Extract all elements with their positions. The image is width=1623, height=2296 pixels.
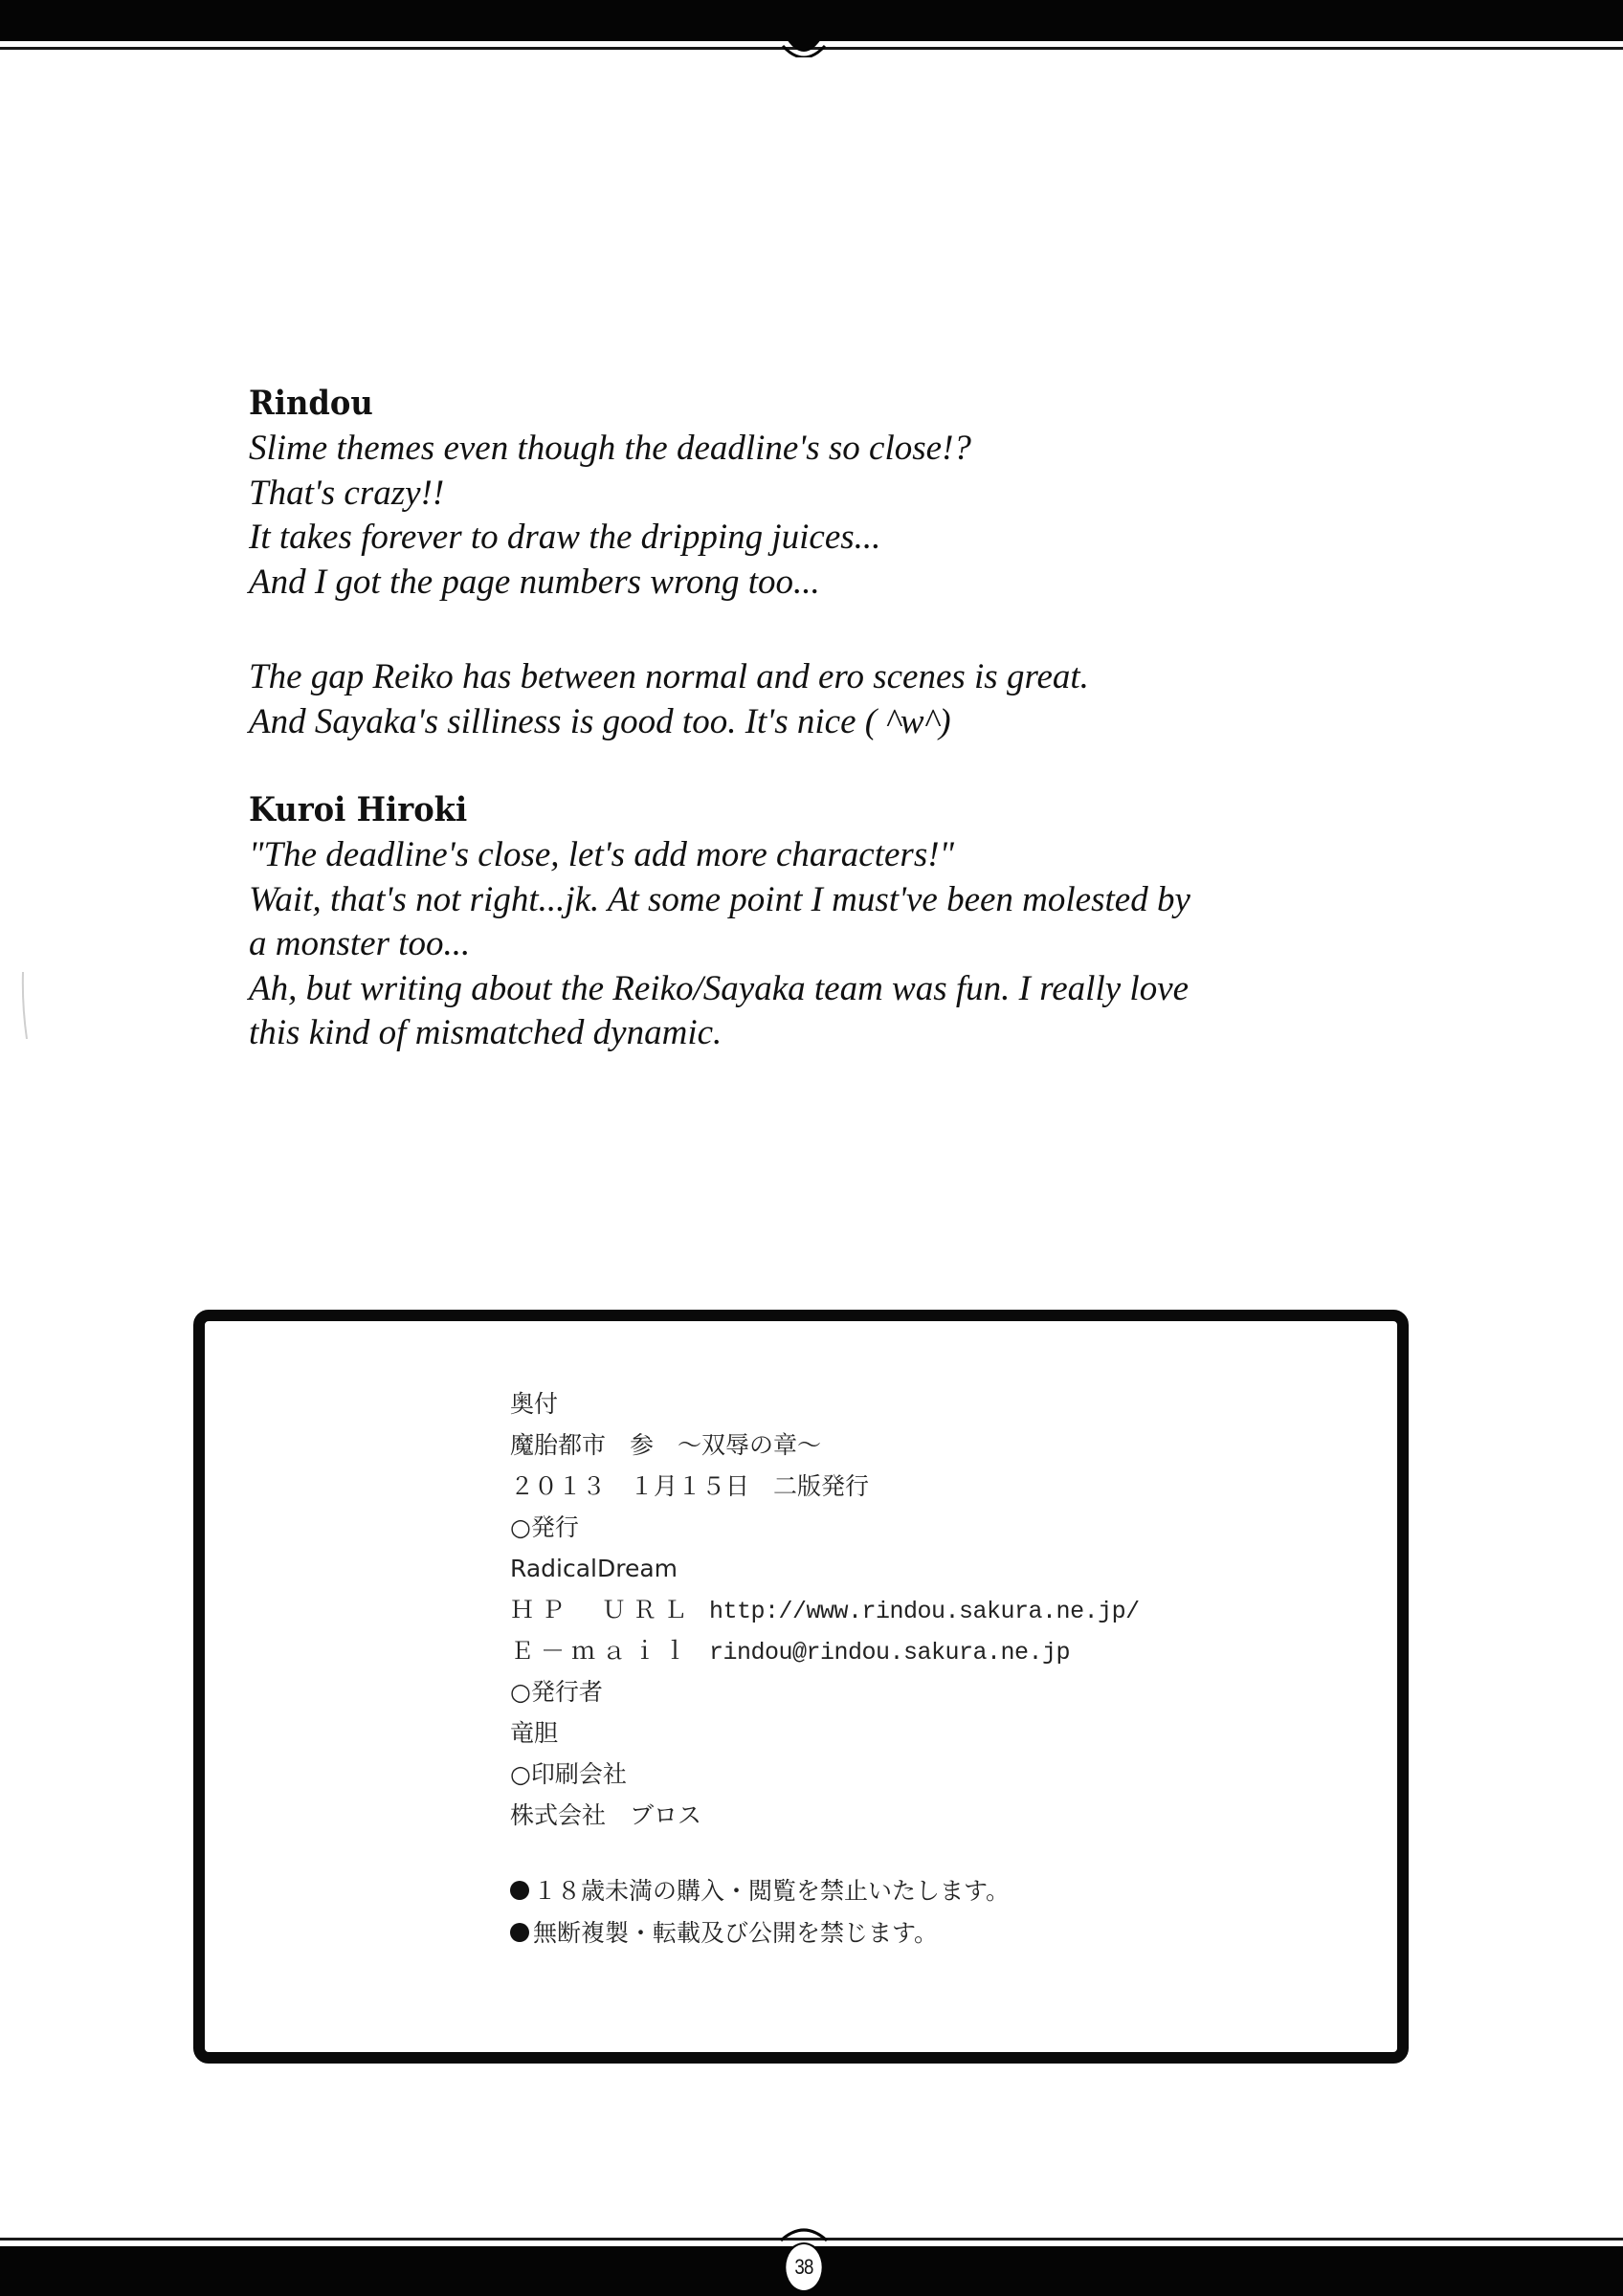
comment-line: Slime themes even though the deadline's … [249,427,1445,472]
printer-name: 株式会社 ブロス [510,1795,1180,1836]
comment-line: It takes forever to draw the dripping ju… [249,516,1445,561]
homepage-row: ＨＰ ＵＲＬhttp://www.rindou.sakura.ne.jp/ [510,1589,1180,1630]
email-row: Ｅ－ｍａｉｌrindou@rindou.sakura.ne.jp [510,1630,1180,1671]
scan-artifact-mark [21,972,29,1039]
age-restriction-notice: １８歳未満の購入・閲覧を禁止いたします。 [510,1870,1180,1912]
afterword-section-rindou: Rindou Slime themes even though the dead… [249,381,1445,744]
colophon-gap [510,1836,1180,1870]
afterword-section-kuroi-hiroki: Kuroi Hiroki "The deadline's close, let'… [249,787,1445,1056]
issuer-label: ○発行者 [510,1671,1180,1712]
book-title: 魔胎都市 参 ～双辱の章～ [510,1424,1180,1466]
paragraph-gap [249,605,1445,655]
notice-text: 無断複製・転載及び公開を禁じます。 [533,1919,938,1947]
colophon: 奥付 魔胎都市 参 ～双辱の章～ ２０１３ １月１５日 二版発行 ○発行 Rad… [510,1383,1180,1954]
afterword: Rindou Slime themes even though the dead… [249,381,1445,1056]
comment-line: this kind of mismatched dynamic. [249,1011,1445,1056]
author-name: Rindou [249,381,1349,427]
publisher-name: RadicalDream [510,1548,1180,1589]
homepage-url: http://www.rindou.sakura.ne.jp/ [709,1598,1140,1625]
email-label: Ｅ－ｍａｉｌ [510,1630,709,1671]
comment-line: Ah, but writing about the Reiko/Sayaka t… [249,967,1445,1012]
comment-line: The gap Reiko has between normal and ero… [249,655,1445,700]
comment-line: And I got the page numbers wrong too... [249,561,1445,606]
comment-line: a monster too... [249,922,1445,967]
page-number: 38 [786,2244,821,2290]
author-name: Kuroi Hiroki [249,787,1349,833]
bullet-icon [510,1923,529,1942]
colophon-heading: 奥付 [510,1383,1180,1424]
homepage-label: ＨＰ ＵＲＬ [510,1589,709,1630]
top-frame-notch-ornament [781,29,827,57]
comment-line: That's crazy!! [249,472,1445,517]
publisher-label: ○発行 [510,1507,1180,1548]
copyright-notice: 無断複製・転載及び公開を禁じます。 [510,1912,1180,1954]
notice-text: １８歳未満の購入・閲覧を禁止いたします。 [533,1877,1010,1905]
publication-date: ２０１３ １月１５日 二版発行 [510,1466,1180,1507]
issuer-name: 竜胆 [510,1712,1180,1754]
comment-line: "The deadline's close, let's add more ch… [249,833,1445,878]
bullet-icon [510,1881,529,1900]
comment-line: Wait, that's not right...jk. At some poi… [249,878,1445,923]
email-address: rindou@rindou.sakura.ne.jp [709,1639,1070,1667]
printer-label: ○印刷会社 [510,1754,1180,1795]
comment-line: And Sayaka's silliness is good too. It's… [249,700,1445,745]
section-gap [249,744,1445,787]
